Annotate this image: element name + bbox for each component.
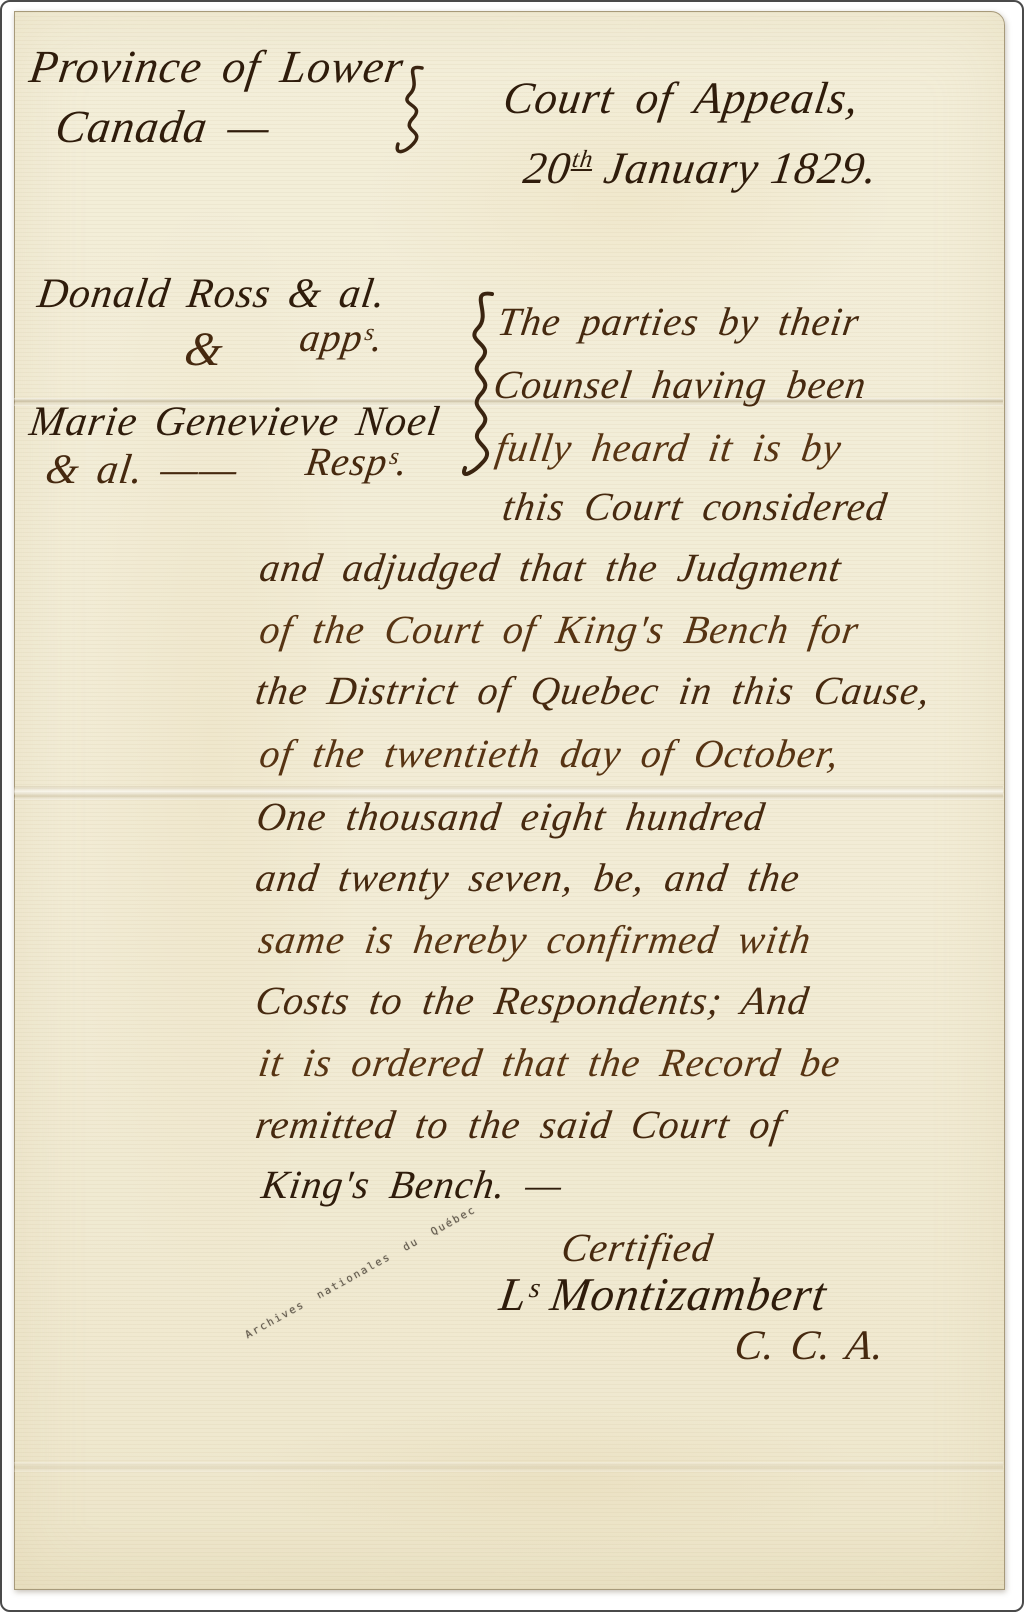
body-line: The parties by their: [495, 298, 863, 345]
body-line: it is ordered that the Record be: [256, 1039, 844, 1086]
small-brace-icon: [386, 62, 436, 162]
body-line: of the Court of King's Bench for: [257, 606, 863, 653]
court-date: 20th January 1829.: [520, 142, 881, 194]
body-line: fully heard it is by: [493, 424, 845, 471]
province-heading-line1: Province of Lower: [26, 40, 407, 93]
province-heading-line2: Canada —: [52, 100, 274, 153]
appellant-name: Donald Ross & al.: [35, 270, 389, 318]
date-rest: January 1829.: [589, 143, 881, 193]
body-line: remitted to the said Court of: [253, 1101, 787, 1148]
body-line: One thousand eight hundred: [254, 793, 769, 840]
body-line: King's Bench. —: [259, 1161, 566, 1208]
signature-name: Lˢ Montizambert: [496, 1268, 830, 1322]
versus-ampersand: &: [181, 322, 227, 377]
respondent-abbreviation: Respˢ.: [303, 438, 412, 485]
body-line: Costs to the Respondents; And: [253, 977, 813, 1024]
document-page: Province of Lower Canada — Court of Appe…: [0, 0, 1024, 1612]
court-title: Court of Appeals,: [500, 72, 862, 124]
body-line: Counsel having been: [491, 361, 870, 408]
body-line: the District of Quebec in this Cause,: [253, 667, 934, 714]
body-line: this Court considered: [500, 483, 891, 530]
appellant-abbreviation: appˢ.: [297, 314, 387, 361]
body-line: and twenty seven, be, and the: [253, 854, 803, 901]
body-line: same is hereby confirmed with: [256, 916, 815, 963]
signature-title: C. C. A.: [732, 1322, 888, 1370]
body-line: and adjudged that the Judgment: [257, 544, 845, 591]
respondent-name-line2: & al. ——: [43, 446, 241, 494]
certified-label: Certified: [559, 1224, 717, 1271]
date-day: 20: [520, 143, 574, 193]
body-line: of the twentieth day of October,: [257, 730, 843, 777]
